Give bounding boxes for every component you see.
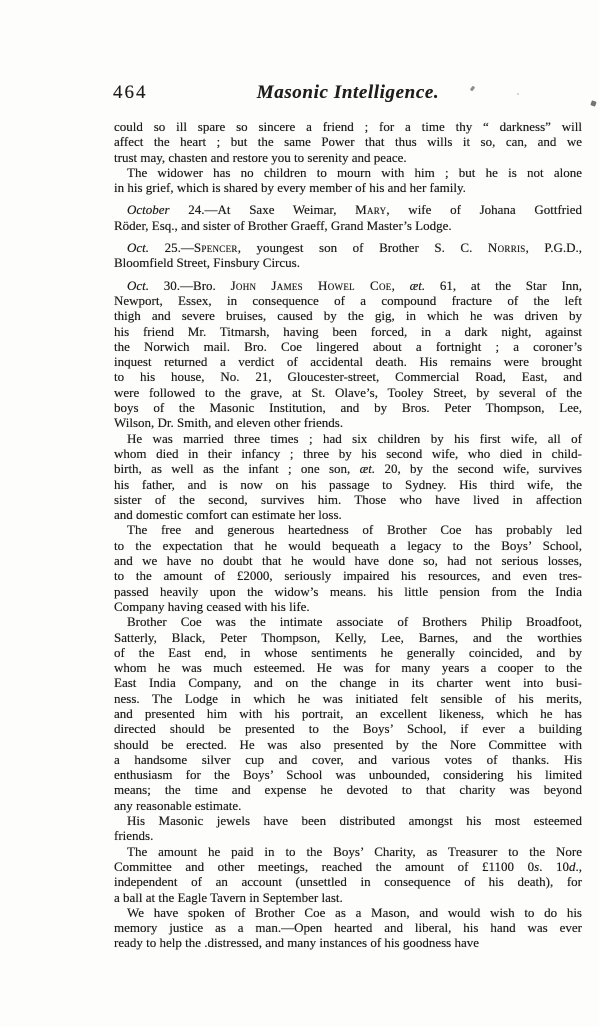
text-line: and presented him with his portrait, an … [114, 706, 582, 721]
text-line: should be erected. He was also presented… [114, 737, 582, 752]
text-line: to the expectation that he would bequeat… [114, 538, 582, 553]
text-line: His Masonic jewels have been distributed… [114, 813, 582, 828]
text-line: boys of the Masonic Institution, and by … [114, 400, 582, 415]
text-line: enthusiasm for the Boys’ School was unbo… [114, 767, 582, 782]
text-line: We have spoken of Brother Coe as a Mason… [114, 905, 582, 920]
text-line: Satterly, Black, Peter Thompson, Kelly, … [114, 630, 582, 645]
text-line: directed should be presented to the Boys… [114, 721, 582, 736]
text-line: Newport, Essex, in consequence of a comp… [114, 293, 582, 308]
text-line: could so ill spare so sincere a friend ;… [114, 119, 582, 134]
paragraph: Oct. 25.—Spencer, youngest son of Brothe… [114, 240, 582, 271]
text-line: trust may, chasten and restore you to se… [114, 150, 582, 165]
text-line: to the amount of £2000, seriously impair… [114, 568, 582, 583]
paragraph: He was married three times ; had six chi… [114, 431, 582, 523]
paragraph: His Masonic jewels have been distributed… [114, 813, 582, 844]
text-line: whom died in their infancy ; three by hi… [114, 446, 582, 461]
scan-speck-artifact [517, 93, 519, 95]
text-line: affect the heart ; but the same Power th… [114, 134, 582, 149]
scan-speck-artifact [590, 100, 596, 106]
paragraph: The widower has no children to mourn wit… [114, 165, 582, 196]
text-line: means; the time and expense he devoted t… [114, 782, 582, 797]
text-line: ness. The Lodge in which he was initiate… [114, 691, 582, 706]
text-column: 464 Masonic Intelligence. could so ill s… [114, 82, 582, 951]
paragraph: The amount he paid in to the Boys’ Chari… [114, 844, 582, 905]
text-line: inquest returned a verdict of accidental… [114, 354, 582, 369]
running-title: Masonic Intelligence. [114, 82, 582, 104]
paragraph: Oct. 30.—Bro. John James Howel Coe, æt. … [114, 278, 582, 431]
text-line: any reasonable estimate. [114, 798, 582, 813]
text-line: whom he was much esteemed. He was for ma… [114, 660, 582, 675]
text-line: passed heavily upon the widow’s means. h… [114, 584, 582, 599]
paragraph: Brother Coe was the intimate associate o… [114, 614, 582, 813]
paragraph: The free and generous heartedness of Bro… [114, 522, 582, 614]
text-line: and we have no doubt that he would have … [114, 553, 582, 568]
page-body: could so ill spare so sincere a friend ;… [114, 119, 582, 951]
paragraph: We have spoken of Brother Coe as a Mason… [114, 905, 582, 951]
text-line: ready to help the .distressed, and many … [114, 935, 582, 950]
text-line: of the East end, in whose sentiments he … [114, 645, 582, 660]
text-line: East India Company, and on the change in… [114, 675, 582, 690]
text-line: He was married three times ; had six chi… [114, 431, 582, 446]
page-header: 464 Masonic Intelligence. [114, 82, 582, 119]
text-line: Brother Coe was the intimate associate o… [114, 614, 582, 629]
text-line: The amount he paid in to the Boys’ Chari… [114, 844, 582, 859]
text-line: to his house, No. 21, Gloucester-street,… [114, 369, 582, 384]
text-line: the Norwich mail. Bro. Coe lingered abou… [114, 339, 582, 354]
text-line: and domestic comfort can estimate her lo… [114, 507, 582, 522]
text-line: Committee and other meetings, reached th… [114, 859, 582, 874]
text-line: Röder, Esq., and sister of Brother Graef… [114, 218, 582, 233]
text-line: Bloomfield Street, Finsbury Circus. [114, 255, 582, 270]
text-line: in his grief, which is shared by every m… [114, 180, 582, 195]
text-line: Wilson, Dr. Smith, and eleven other frie… [114, 415, 582, 430]
text-line: The widower has no children to mourn wit… [114, 165, 582, 180]
scanned-page: 464 Masonic Intelligence. could so ill s… [0, 0, 599, 1027]
text-line: The free and generous heartedness of Bro… [114, 522, 582, 537]
text-line: sister of the second, survives him. Thos… [114, 492, 582, 507]
text-line: birth, as well as the infant ; one son, … [114, 461, 582, 476]
text-line: a handsome silver cup and cover, and var… [114, 752, 582, 767]
text-line: his friend Mr. Titmarsh, having been for… [114, 324, 582, 339]
paragraph: could so ill spare so sincere a friend ;… [114, 119, 582, 165]
text-line: a ball at the Eagle Tavern in September … [114, 890, 582, 905]
text-line: Oct. 30.—Bro. John James Howel Coe, æt. … [114, 278, 582, 293]
text-line: his father, and is now on his passage to… [114, 477, 582, 492]
paragraph: October 24.—At Saxe Weimar, Mary, wife o… [114, 202, 582, 233]
text-line: thigh and severe bruises, caused by the … [114, 308, 582, 323]
text-line: independent of an account (unsettled in … [114, 874, 582, 889]
text-line: Oct. 25.—Spencer, youngest son of Brothe… [114, 240, 582, 255]
text-line: were followed to the grave, at St. Olave… [114, 385, 582, 400]
text-line: Company having ceased with his life. [114, 599, 582, 614]
text-line: friends. [114, 828, 582, 843]
text-line: October 24.—At Saxe Weimar, Mary, wife o… [114, 202, 582, 217]
text-line: memory justice as a man.—Open hearted an… [114, 920, 582, 935]
